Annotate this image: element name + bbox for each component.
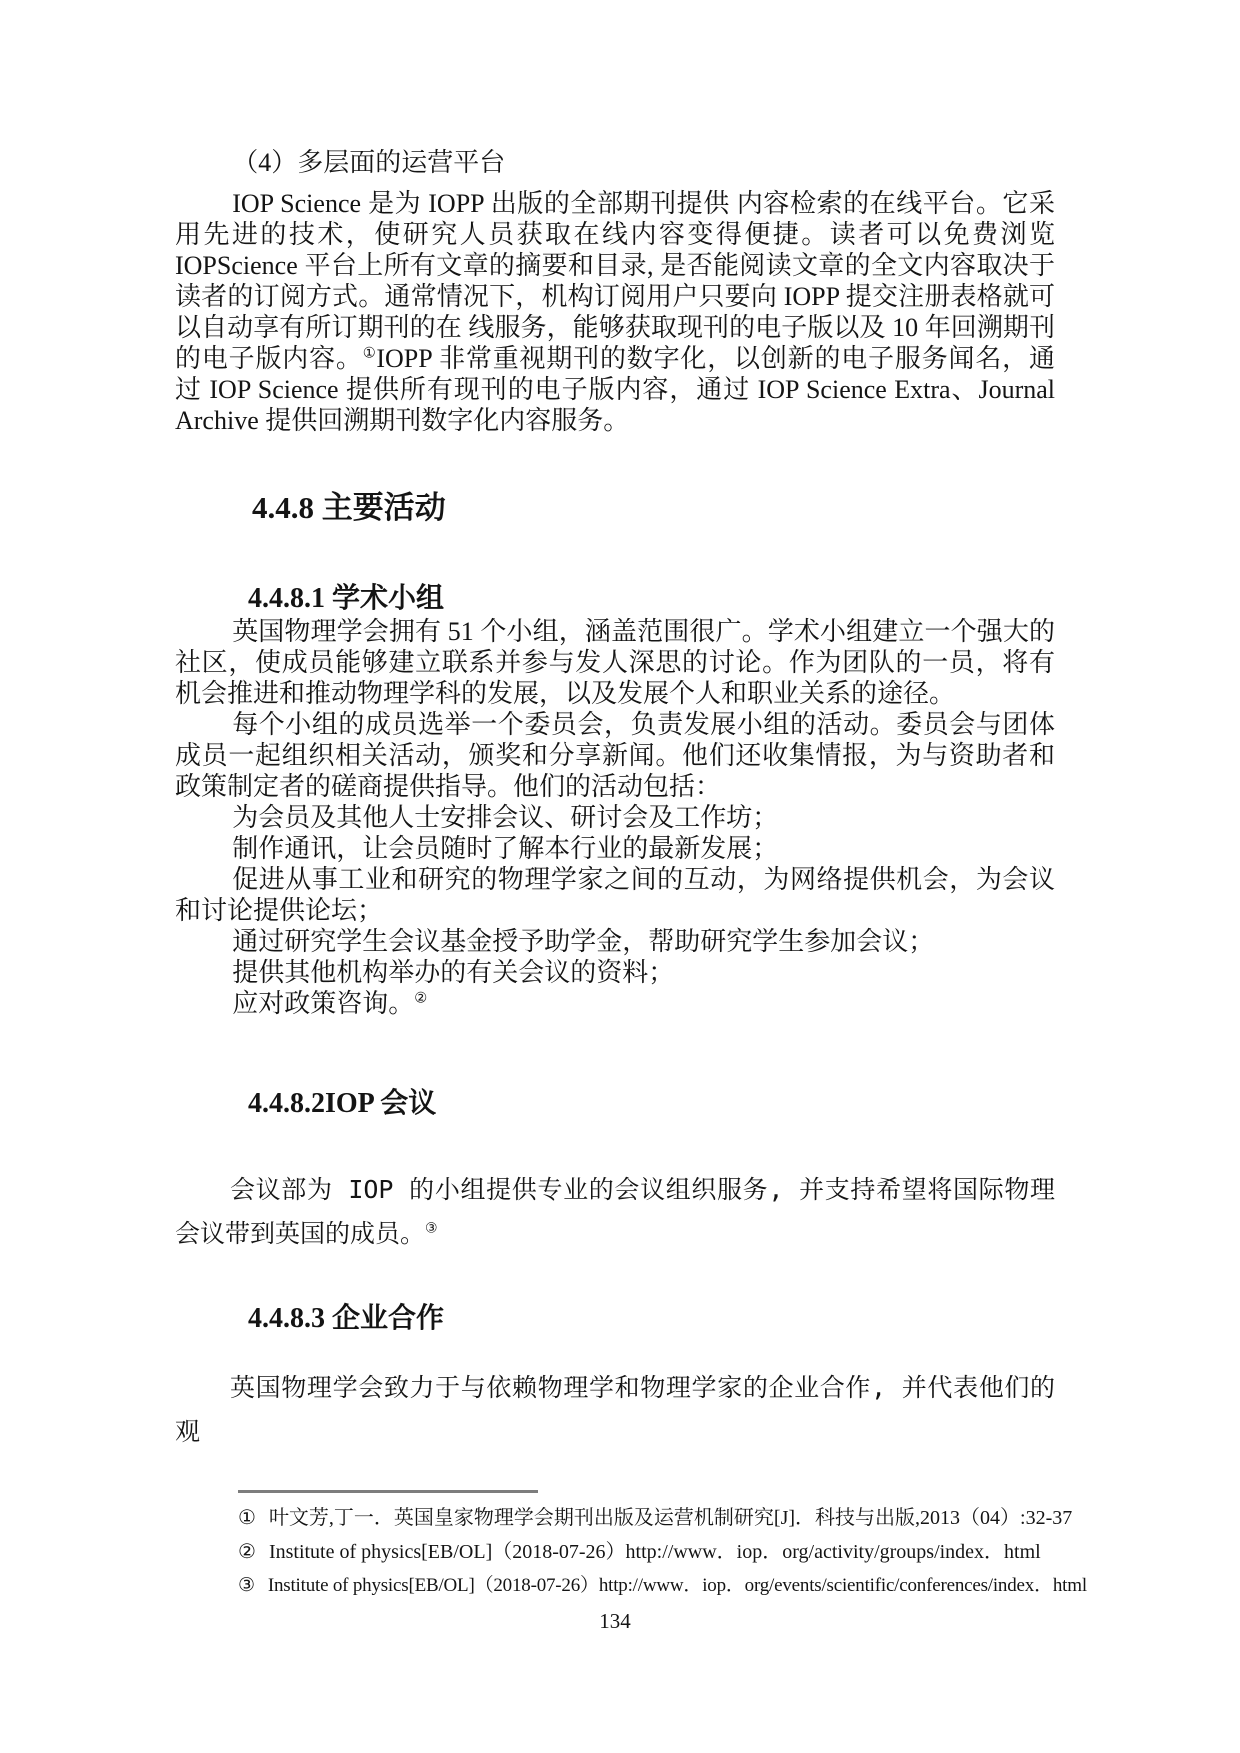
footnote-2-text: Institute of physics[EB/OL]（2018-07-26）h… (269, 1541, 1041, 1563)
activity-item-2: 制作通讯，让会员随时了解本行业的最新发展； (175, 833, 1055, 864)
body-text-column: （4）多层面的运营平台 IOP Science 是为 IOPP 出版的全部期刊提… (175, 147, 1055, 1454)
footnote-1-text: 叶文芳,丁一．英国皇家物理学会期刊出版及运营机制研究[J]．科技与出版,2013… (269, 1507, 1072, 1529)
footnote-area: ①叶文芳,丁一．英国皇家物理学会期刊出版及运营机制研究[J]．科技与出版,201… (238, 1501, 1055, 1603)
activity-item-6-text: 应对政策咨询。 (232, 989, 414, 1018)
activity-item-3: 促进从事工业和研究的物理学家之间的互动，为网络提供机会，为会议和讨论提供论坛； (175, 864, 1055, 926)
page-number: 134 (175, 1609, 1055, 1634)
paragraph-iop-science-platform: IOP Science 是为 IOPP 出版的全部期刊提供 内容检索的在线平台。… (175, 188, 1055, 436)
heading-4-4-8-3: 4.4.8.3 企业合作 (248, 1302, 1055, 1336)
activity-item-1: 为会员及其他人士安排会议、研讨会及工作坊； (175, 802, 1055, 833)
footnote-ref-3: ③ (425, 1221, 437, 1237)
item-heading-4: （4）多层面的运营平台 (175, 147, 1055, 178)
footnote-2-marker: ② (238, 1541, 256, 1563)
footnote-3: ③Institute of physics[EB/OL]（2018-07-26）… (238, 1569, 1055, 1603)
activity-item-5: 提供其他机构举办的有关会议的资料； (175, 957, 1055, 988)
footnote-divider (238, 1490, 538, 1493)
paragraph-committee: 每个小组的成员选举一个委员会，负责发展小组的活动。委员会与团体成员一起组织相关活… (175, 709, 1055, 802)
activity-item-4: 通过研究学生会议基金授予助学金，帮助研究学生参加会议； (175, 926, 1055, 957)
paragraph-conferences-text: 会议部为 IOP 的小组提供专业的会议组织服务, 并支持希望将国际物理会议带到英… (175, 1175, 1055, 1248)
footnote-3-marker: ③ (238, 1575, 255, 1596)
heading-4-4-8-2: 4.4.8.2IOP 会议 (248, 1087, 1055, 1121)
paragraph-business-cooperation: 英国物理学会致力于与依赖物理学和物理学家的企业合作, 并代表他们的观 (175, 1366, 1055, 1454)
footnote-ref-2: ② (414, 990, 427, 1006)
heading-4-4-8-1: 4.4.8.1 学术小组 (248, 582, 1055, 616)
footnote-1-marker: ① (238, 1507, 256, 1529)
footnote-2: ②Institute of physics[EB/OL]（2018-07-26）… (238, 1535, 1055, 1569)
heading-4-4-8: 4.4.8 主要活动 (252, 490, 1055, 526)
activity-item-6: 应对政策咨询。② (175, 988, 1055, 1019)
footnote-3-text: Institute of physics[EB/OL]（2018-07-26）h… (268, 1575, 1087, 1596)
footnote-ref-1: ① (363, 345, 377, 361)
footnote-1: ①叶文芳,丁一．英国皇家物理学会期刊出版及运营机制研究[J]．科技与出版,201… (238, 1501, 1055, 1535)
document-page: （4）多层面的运营平台 IOP Science 是为 IOPP 出版的全部期刊提… (0, 0, 1240, 1753)
paragraph-groups-overview: 英国物理学会拥有 51 个小组，涵盖范围很广。学术小组建立一个强大的社区，使成员… (175, 616, 1055, 709)
paragraph-conferences: 会议部为 IOP 的小组提供专业的会议组织服务, 并支持希望将国际物理会议带到英… (175, 1168, 1055, 1256)
